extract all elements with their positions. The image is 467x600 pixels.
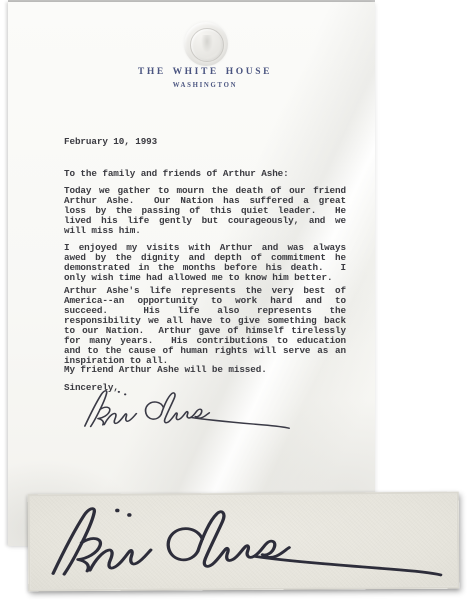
body-paragraph-3: Arthur Ashe's life represents the very b…	[64, 286, 346, 366]
typed-line: only wish time had allowed me to know hi…	[64, 273, 346, 283]
signature-bill-clinton-closeup	[40, 498, 447, 584]
body-paragraph-1: Today we gather to mourn the death of ou…	[64, 186, 346, 236]
letter-date: February 10, 1993	[64, 137, 157, 147]
typed-line: My friend Arthur Ashe will be missed.	[64, 365, 346, 375]
letterhead-title: THE WHITE HOUSE	[64, 67, 346, 77]
signature-closeup-photo	[28, 492, 460, 592]
white-house-letter-photo: THE WHITE HOUSE WASHINGTON February 10, …	[8, 2, 375, 546]
letter-salutation: To the family and friends of Arthur Ashe…	[64, 169, 289, 179]
body-paragraph-2: I enjoyed my visits with Arthur and was …	[64, 243, 346, 283]
signature-bill-clinton	[78, 386, 292, 432]
auction-listing-photo: THE WHITE HOUSE WASHINGTON February 10, …	[0, 0, 467, 600]
letterhead-subtitle: WASHINGTON	[64, 82, 346, 89]
body-paragraph-4: My friend Arthur Ashe will be missed.	[64, 365, 346, 375]
presidential-seal-icon	[184, 22, 228, 66]
typed-line: will miss him.	[64, 226, 346, 236]
presidential-seal-emboss-detail	[190, 28, 224, 62]
